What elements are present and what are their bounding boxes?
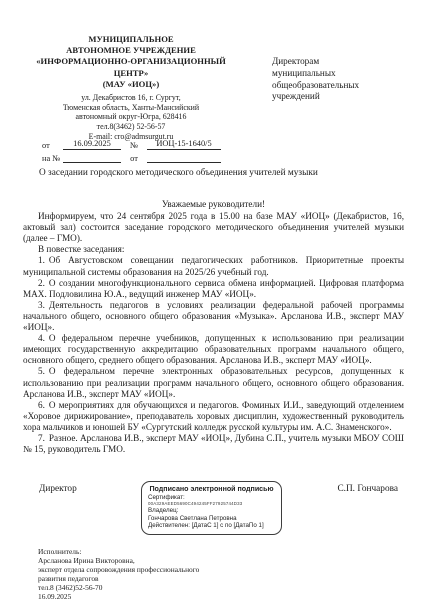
addressee-line: общеобразовательных [272,80,412,92]
stamp-title: Подписано электронной подписью [148,485,275,494]
reply-number-blank [63,152,121,163]
subject-line: О заседании городского методического объ… [39,168,324,180]
item-text: О федеральном перечне учебников, допущен… [23,333,404,365]
agenda-item: 4.О федеральном перечне учебников, допущ… [23,333,404,366]
item-number: 2. [38,278,45,288]
agenda-item: 5.О федеральном перечне электронных обра… [23,366,404,399]
address-line: ул. Декабристов 16, г. Сургут, [28,93,234,103]
org-name-line: (МАУ «ИОЦ») [28,79,234,90]
item-text: О мероприятиях для обучающихся и педагог… [23,400,404,432]
cert-label: Сертификат: [148,494,275,501]
addressee-line: учреждений [272,91,412,103]
agenda-heading: В повестке заседания: [23,244,404,255]
org-address-block: ул. Декабристов 16, г. Сургут, Тюменская… [28,93,234,142]
org-name-line: МУНИЦИПАЛЬНОЕ [28,34,234,45]
agenda-item: 7.Разное. Арсланова И.В., эксперт МАУ «И… [23,433,404,455]
addressee-line: Директорам [272,56,412,68]
agenda-item: 1.Об Августовском совещании педагогическ… [23,255,404,277]
executor-block: Исполнитель: Арсланова Ирина Викторовна,… [38,547,278,600]
reference-block: от 16.09.2025 № ИОЦ-15-1640/5 на № от [42,139,221,165]
item-number: 7. [38,433,45,443]
reply-label: на № [42,154,63,163]
org-name-line: ЦЕНТР» [28,68,234,79]
item-number: 4. [38,333,45,343]
esign-stamp: Подписано электронной подписью Сертифика… [141,481,282,535]
item-text: О создании многофункционального сервиса … [23,278,404,299]
executor-title-line: развития педагогов [38,574,278,583]
executor-title-line: эксперт отдела сопровождения профессиона… [38,565,278,574]
ref-date: 16.09.2025 [63,139,121,150]
agenda-item: 2.О создании многофункционального сервис… [23,278,404,300]
number-label: № [121,141,147,150]
owner-label: Владелец: [148,507,275,514]
reply-from-label: от [121,154,147,163]
item-number: 1. [38,255,45,265]
address-line: автономный округ-Югра, 628416 [28,112,234,122]
org-name-line: АВТОНОМНОЕ УЧРЕЖДЕНИЕ [28,45,234,56]
letter-body: Уважаемые руководители! Информируем, что… [23,199,404,455]
letter-page: МУНИЦИПАЛЬНОЕ АВТОНОМНОЕ УЧРЕЖДЕНИЕ «ИНФ… [0,0,424,600]
address-line: Тюменская область, Ханты-Мансийский [28,103,234,113]
signature-position: Директор [39,484,77,494]
reply-date-blank [147,152,221,163]
owner-name: Гончарова Светлана Петровна [148,515,275,522]
org-name-block: МУНИЦИПАЛЬНОЕ АВТОНОМНОЕ УЧРЕЖДЕНИЕ «ИНФ… [28,34,234,90]
item-number: 3. [38,300,45,310]
item-text: Разное. Арсланова И.В., эксперт МАУ «ИОЦ… [23,433,404,454]
validity-line: Действителен: [ДатаС 1] с по [ДатаПо 1] [148,522,275,529]
org-name-line: «ИНФОРМАЦИОННО-ОРГАНИЗАЦИОННЫЙ [28,56,234,67]
executor-date: 16.09.2025 [38,592,278,600]
addressee-block: Директорам муниципальных общеобразовател… [272,56,412,103]
executor-label: Исполнитель: [38,547,278,556]
addressee-line: муниципальных [272,68,412,80]
item-text: Деятельность педагогов в условиях реализ… [23,300,404,332]
item-text: Об Августовском совещании педагогических… [23,255,404,276]
item-number: 5. [38,366,45,376]
agenda-item: 6.О мероприятиях для обучающихся и педаг… [23,400,404,433]
signature-name: С.П. Гончарова [337,484,398,494]
item-number: 6. [38,400,45,410]
executor-phone: тел.8 (3462)52-56-70 [38,583,278,592]
phone-line: тел.8(3462) 52-56-57 [28,122,234,132]
executor-name: Арсланова Ирина Викторовна, [38,556,278,565]
from-label: от [42,141,63,150]
intro-paragraph: Информируем, что 24 сентября 2025 года в… [23,211,404,244]
salutation: Уважаемые руководители! [23,199,404,210]
reply-ref-row: на № от [42,152,221,163]
outgoing-ref-row: от 16.09.2025 № ИОЦ-15-1640/5 [42,139,221,150]
item-text: О федеральном перечне электронных образо… [23,366,404,398]
agenda-item: 3.Деятельность педагогов в условиях реал… [23,300,404,333]
ref-number: ИОЦ-15-1640/5 [147,139,221,150]
